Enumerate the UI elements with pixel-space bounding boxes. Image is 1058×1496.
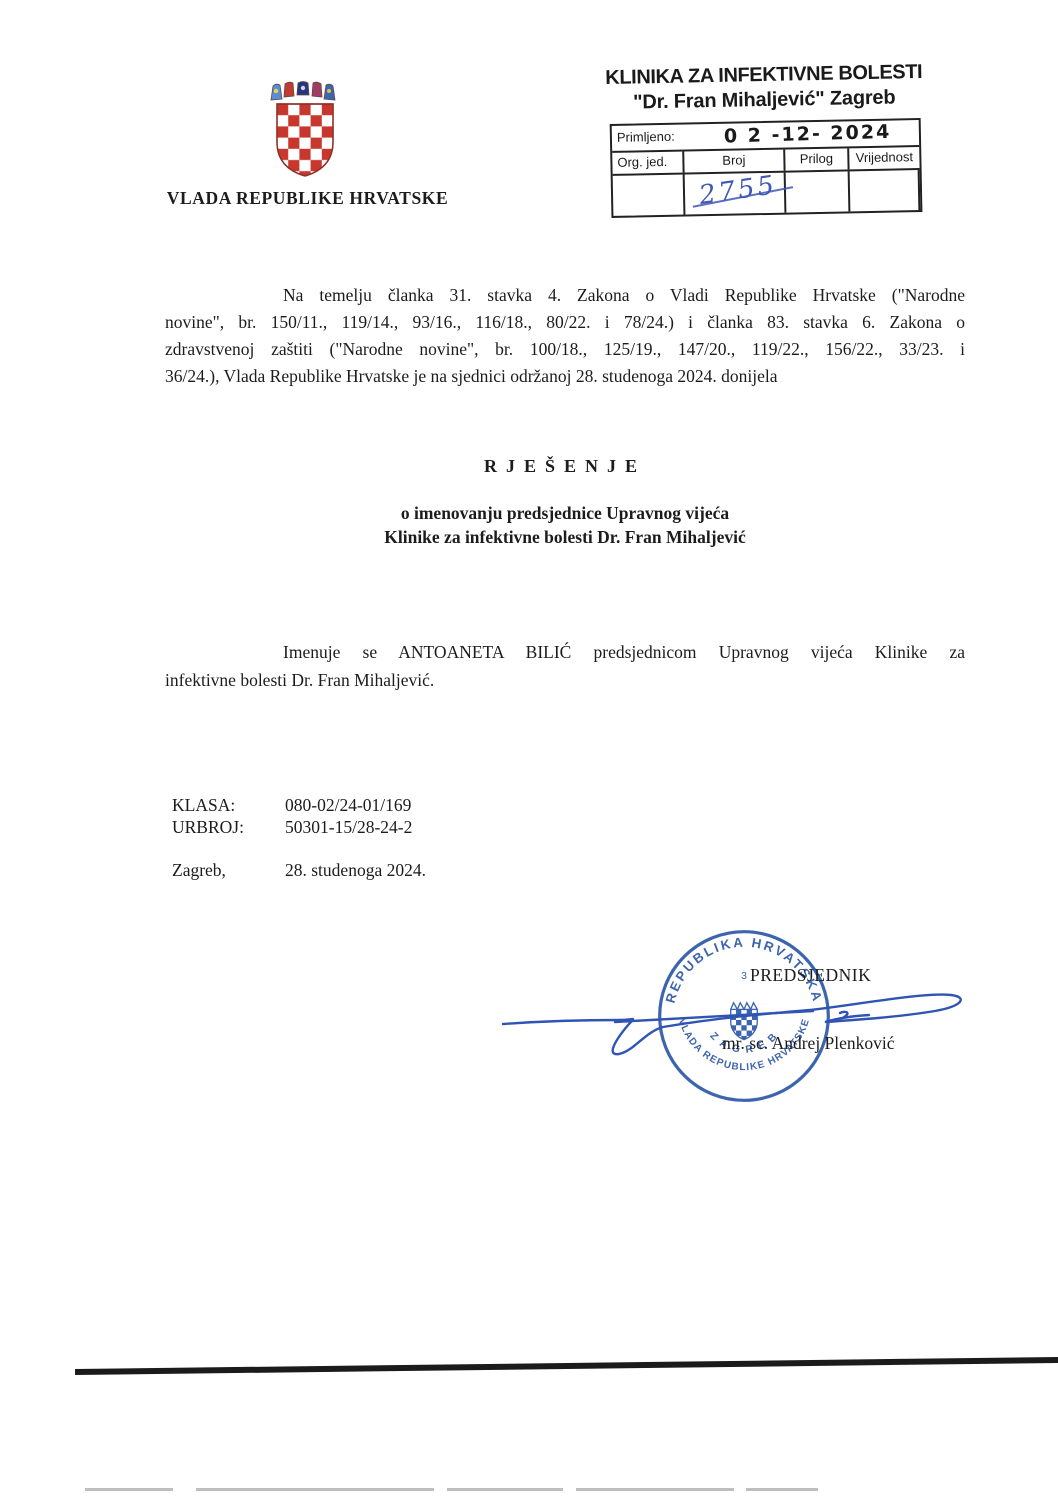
column-header-vrijednost: Vrijednost bbox=[849, 147, 919, 169]
place-date-row: Zagreb,28. studenoga 2024. bbox=[172, 860, 426, 881]
scan-edge-mark bbox=[746, 1488, 818, 1491]
klasa-label: KLASA: bbox=[172, 795, 285, 816]
receipt-stamp: KLINIKA ZA INFEKTIVNE BOLESTI "Dr. Fran … bbox=[595, 61, 936, 218]
intro-line: zdravstvenoj zaštiti ("Narodne novine", … bbox=[165, 336, 965, 363]
place-label: Zagreb, bbox=[172, 860, 285, 881]
intro-paragraph: Na temelju članka 31. stavka 4. Zakona o… bbox=[165, 282, 965, 390]
croatian-coat-of-arms-icon bbox=[266, 80, 344, 180]
government-title: VLADA REPUBLIKE HRVATSKE bbox=[140, 188, 475, 209]
scan-edge-mark bbox=[85, 1488, 173, 1491]
scan-artifact-line bbox=[75, 1357, 1058, 1375]
received-date-stamp: 0 2 -12- 2024 bbox=[724, 121, 892, 148]
intro-line: novine", br. 150/11., 119/14., 93/16., 1… bbox=[165, 309, 965, 336]
scan-edge-mark bbox=[576, 1488, 734, 1491]
signature-ink-icon bbox=[495, 980, 975, 1070]
scan-edge-mark bbox=[447, 1488, 563, 1491]
receipt-table: Primljeno: 0 2 -12- 2024 Org. jed. Broj … bbox=[610, 118, 923, 218]
cell-vrijednost bbox=[850, 170, 921, 211]
clinic-name-line2: "Dr. Fran Mihaljević" Zagreb bbox=[595, 86, 933, 115]
column-header-broj: Broj bbox=[684, 150, 785, 173]
decision-subtitle-line1: o imenovanju predsjednice Upravnog vijeć… bbox=[165, 503, 965, 524]
appointment-paragraph: Imenuje se ANTOANETA BILIĆ predsjednicom… bbox=[165, 638, 965, 694]
urbroj-label: URBROJ: bbox=[172, 817, 285, 838]
column-header-prilog: Prilog bbox=[785, 148, 849, 170]
klasa-value: 080-02/24-01/169 bbox=[285, 795, 411, 815]
scanned-document-page: VLADA REPUBLIKE HRVATSKE KLINIKA ZA INFE… bbox=[0, 0, 1058, 1496]
cell-org-jed bbox=[613, 175, 686, 216]
decision-title: RJEŠENJE bbox=[165, 456, 965, 477]
intro-line: 36/24.), Vlada Republike Hrvatske je na … bbox=[165, 363, 965, 390]
cell-prilog bbox=[786, 171, 851, 212]
receipt-value-row: 2755 bbox=[613, 170, 921, 216]
received-label: Primljeno: bbox=[617, 129, 675, 145]
appointment-line: Imenuje se ANTOANETA BILIĆ predsjednicom… bbox=[165, 638, 965, 666]
urbroj-value: 50301-15/28-24-2 bbox=[285, 817, 412, 837]
klasa-row: KLASA:080-02/24-01/169 bbox=[172, 795, 411, 816]
urbroj-row: URBROJ:50301-15/28-24-2 bbox=[172, 817, 412, 838]
decision-subtitle-line2: Klinike za infektivne bolesti Dr. Fran M… bbox=[165, 527, 965, 548]
session-date: 28. studenoga 2024. bbox=[285, 860, 426, 880]
appointment-line: infektivne bolesti Dr. Fran Mihaljević. bbox=[165, 666, 965, 694]
column-header-org-jed: Org. jed. bbox=[612, 152, 684, 174]
scan-edge-mark bbox=[196, 1488, 434, 1491]
intro-line: Na temelju članka 31. stavka 4. Zakona o… bbox=[165, 282, 965, 309]
